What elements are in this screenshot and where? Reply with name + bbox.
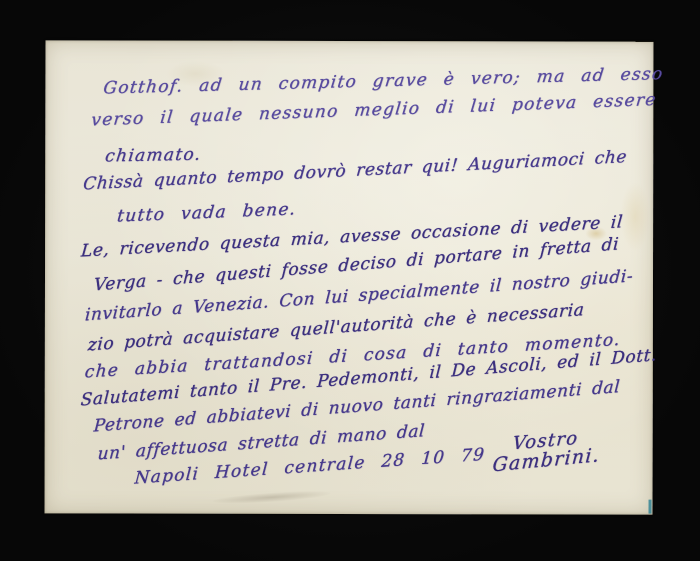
letter-paper: Gotthof. ad un compito grave è vero; ma … <box>45 40 654 514</box>
ink-smudge <box>212 489 330 506</box>
signature-name: Gambrini. <box>492 445 601 475</box>
scan-edge-artifact <box>649 500 652 514</box>
framed-letter-photo: Gotthof. ad un compito grave è vero; ma … <box>0 0 700 561</box>
handwritten-line: chiamato. <box>104 145 203 167</box>
age-stain <box>620 182 650 252</box>
handwritten-line: tutto vada bene. <box>116 199 297 226</box>
